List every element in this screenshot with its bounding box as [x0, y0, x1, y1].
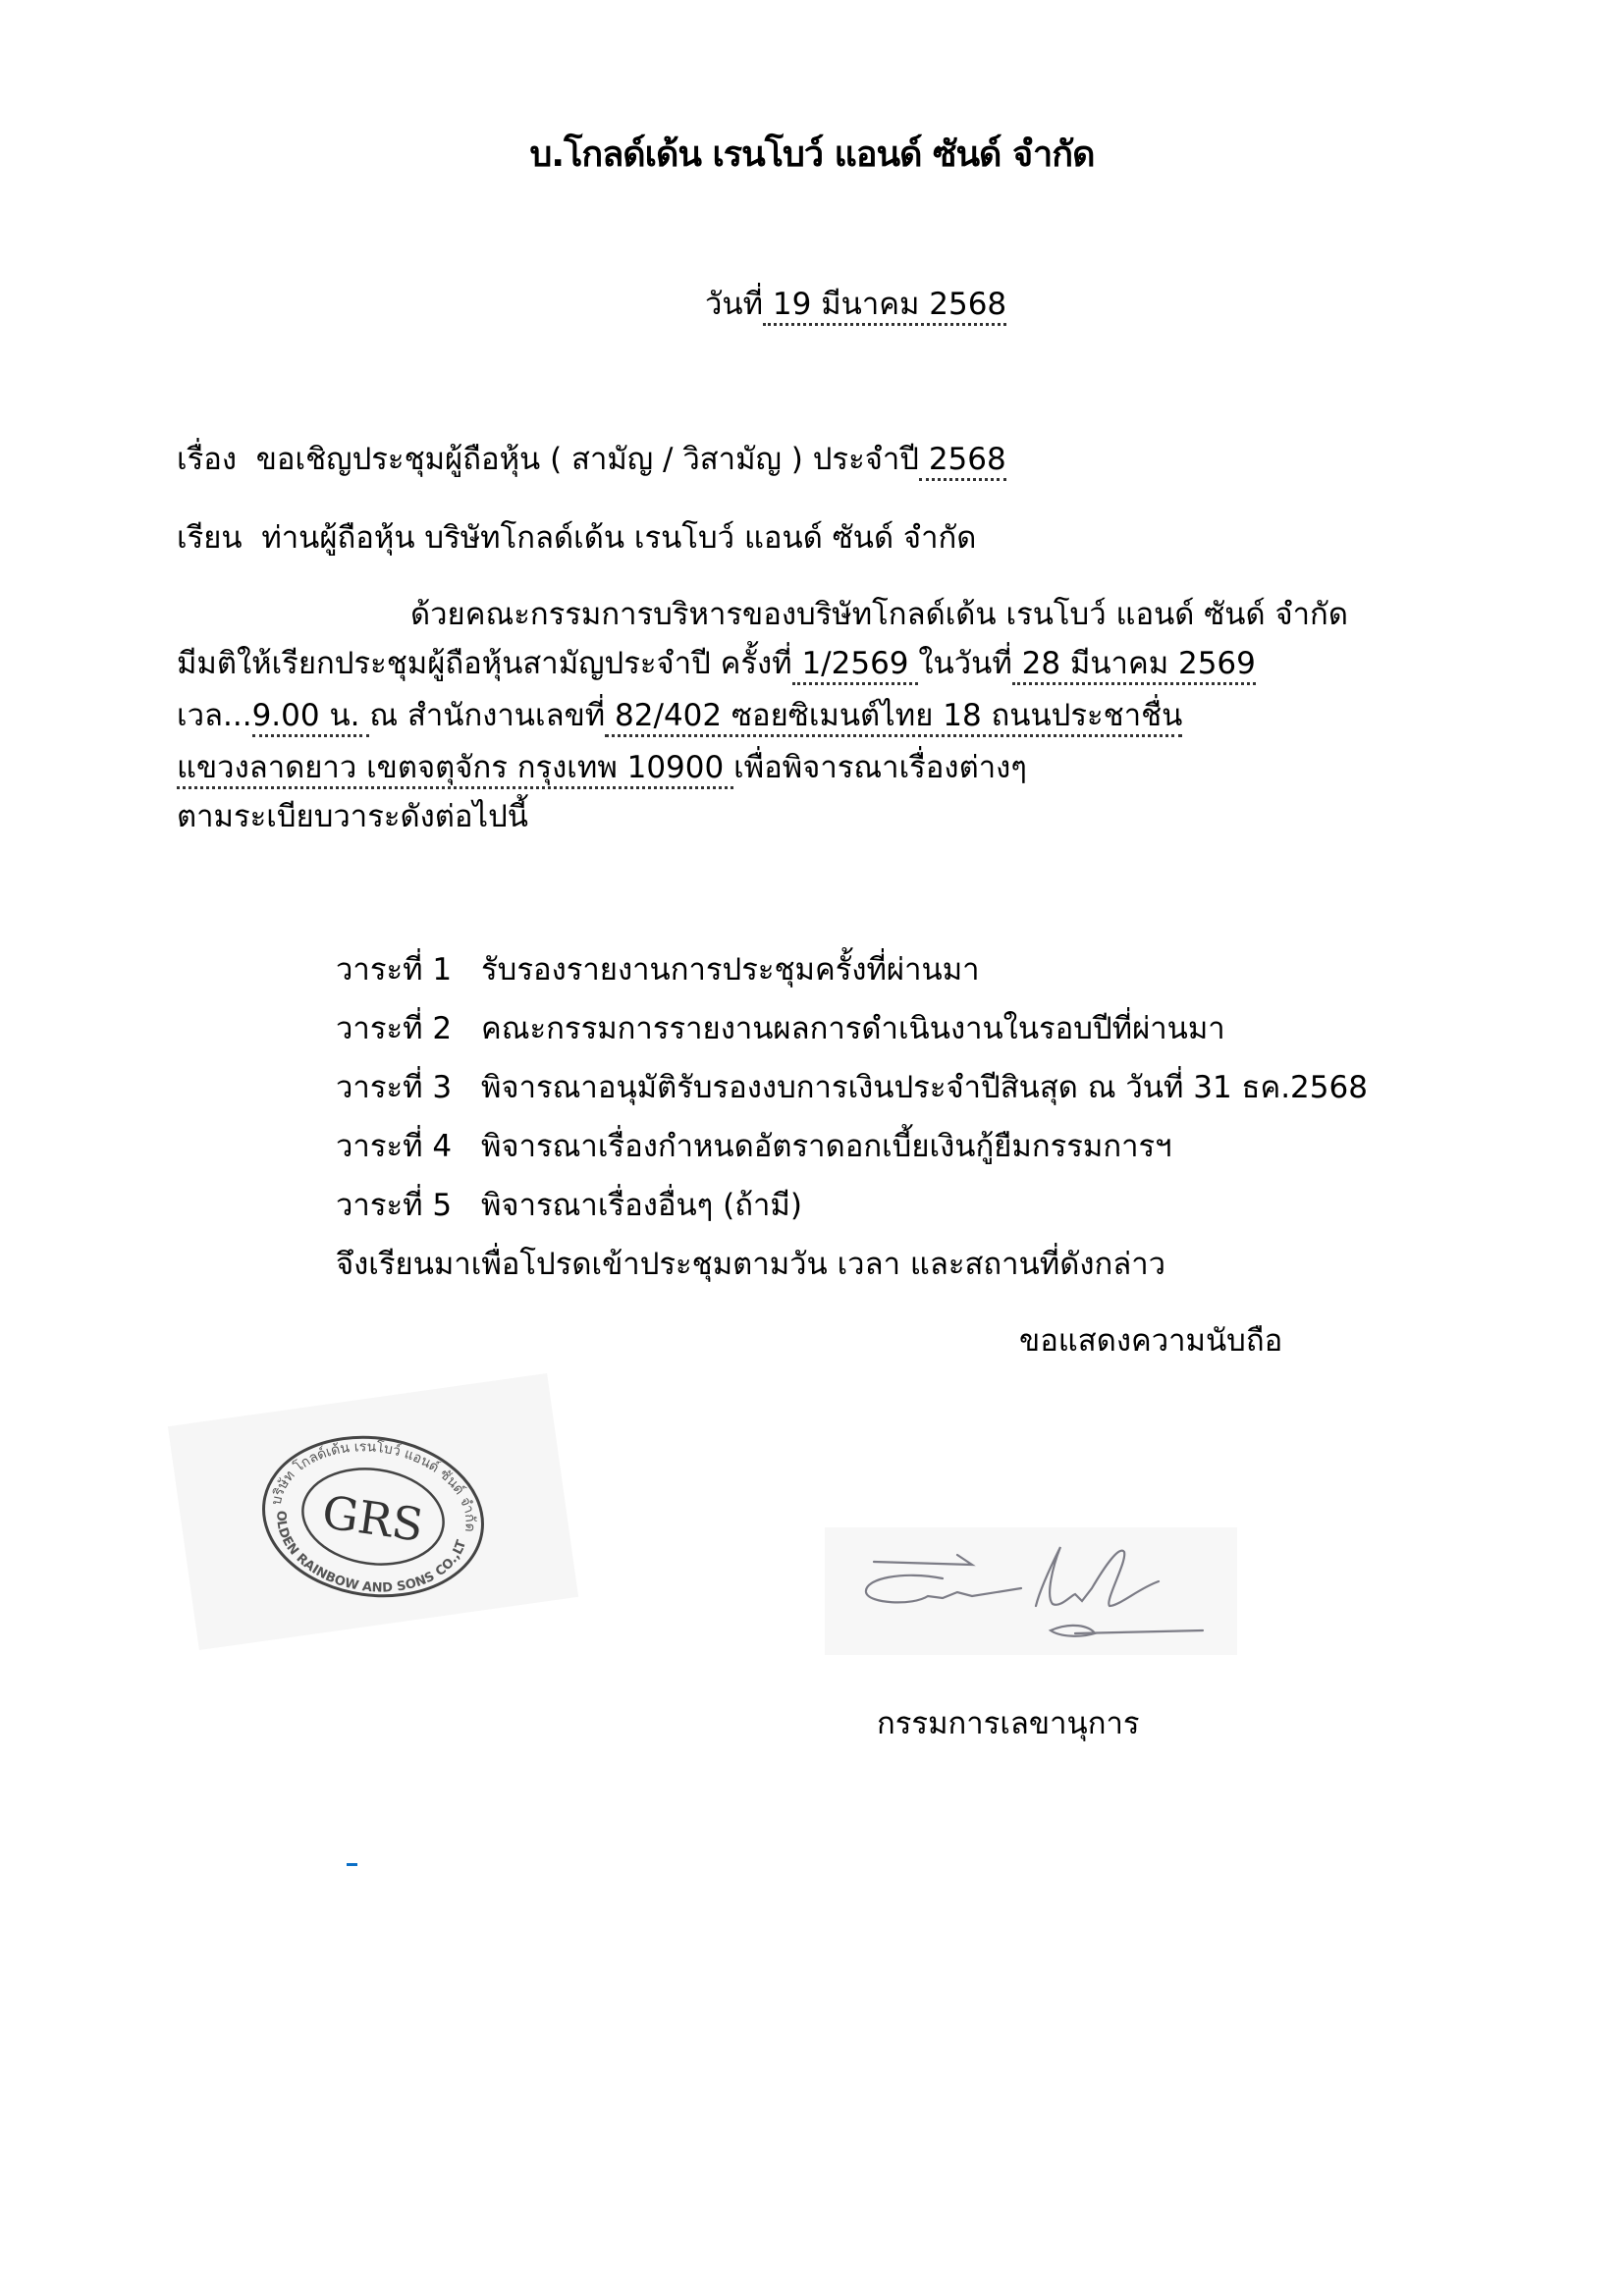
- body-line-3: เวล...9.00 น. ณ สำนักงานเลขที่ 82/402 ซอ…: [177, 696, 1182, 735]
- meeting-time: 9.00 น.: [252, 698, 370, 737]
- subject-text: ขอเชิญประชุมผู้ถือหุ้น ( สามัญ / วิสามัญ…: [256, 442, 919, 477]
- date-value: 19 มีนาคม 2568: [763, 287, 1006, 326]
- date-label: วันที่: [705, 287, 763, 322]
- recipient-label: เรียน: [177, 520, 243, 556]
- body-line-1: ด้วยคณะกรรมการบริหารของบริษัทโกลด์เด้น เ…: [410, 595, 1348, 634]
- signer-title: กรรมการเลขานุการ: [877, 1704, 1140, 1743]
- company-title: บ.โกลด์เด้น เรนโบว์ แอนด์ ซันด์ จำกัด: [0, 126, 1624, 182]
- body-text: ในวันที่: [918, 646, 1011, 681]
- date-line: วันที่ 19 มีนาคม 2568: [705, 285, 1006, 324]
- meeting-number: 1/2569: [792, 646, 919, 685]
- agenda-text: รับรองรายงานการประชุมครั้งที่ผ่านมา: [481, 952, 980, 988]
- agenda-text: พิจารณาเรื่องอื่นๆ (ถ้ามี): [481, 1188, 802, 1223]
- agenda-item: วาระที่ 4พิจารณาเรื่องกำหนดอัตราดอกเบี้ย…: [336, 1127, 1172, 1166]
- closing-regards: ขอแสดงความนับถือ: [1019, 1321, 1282, 1361]
- signature-scribble-icon: [825, 1527, 1237, 1655]
- stray-mark: [347, 1863, 357, 1866]
- agenda-item: วาระที่ 2คณะกรรมการรายงานผลการดำเนินงานใ…: [336, 1009, 1225, 1048]
- body-line-5: ตามระเบียบวาระดังต่อไปนี้: [177, 797, 528, 836]
- signature: [825, 1527, 1237, 1655]
- subject-year: 2568: [919, 442, 1006, 481]
- svg-text:GRS: GRS: [319, 1485, 426, 1552]
- agenda-item: วาระที่ 5พิจารณาเรื่องอื่นๆ (ถ้ามี): [336, 1186, 802, 1225]
- company-stamp: บริษัท โกลด์เด้น เรนโบว์ แอนด์ ซันด์ จำก…: [191, 1418, 555, 1615]
- agenda-number: วาระที่ 1: [336, 950, 481, 989]
- address-line-1: 82/402 ซอยซิเมนต์ไทย 18 ถนนประชาชื่น: [605, 698, 1182, 737]
- body-text: เวล...: [177, 698, 252, 733]
- agenda-number: วาระที่ 2: [336, 1009, 481, 1048]
- agenda-number: วาระที่ 5: [336, 1186, 481, 1225]
- agenda-text: พิจารณาเรื่องกำหนดอัตราดอกเบี้ยเงินกู้ยื…: [481, 1129, 1172, 1164]
- agenda-item: วาระที่ 1รับรองรายงานการประชุมครั้งที่ผ่…: [336, 950, 980, 989]
- address-line-2: แขวงลาดยาว เขตจตุจักร กรุงเทพ 10900: [177, 750, 733, 789]
- stamp-seal-icon: บริษัท โกลด์เด้น เรนโบว์ แอนด์ ซันด์ จำก…: [191, 1418, 555, 1615]
- closing-invitation: จึงเรียนมาเพื่อโปรดเข้าประชุมตามวัน เวลา…: [336, 1245, 1165, 1284]
- agenda-text: พิจารณาอนุมัติรับรองงบการเงินประจำปีสินส…: [481, 1070, 1368, 1105]
- meeting-date: 28 มีนาคม 2569: [1012, 646, 1256, 685]
- subject-line: เรื่อง ขอเชิญประชุมผู้ถือหุ้น ( สามัญ / …: [177, 440, 1006, 479]
- recipient-text: ท่านผู้ถือหุ้น บริษัทโกลด์เด้น เรนโบว์ แ…: [261, 520, 976, 556]
- body-text: มีมติให้เรียกประชุมผู้ถือหุ้นสามัญประจำป…: [177, 646, 792, 681]
- agenda-number: วาระที่ 3: [336, 1068, 481, 1107]
- recipient-line: เรียน ท่านผู้ถือหุ้น บริษัทโกลด์เด้น เรน…: [177, 518, 976, 558]
- subject-label: เรื่อง: [177, 442, 237, 477]
- body-text: เพื่อพิจารณาเรื่องต่างๆ: [733, 750, 1027, 785]
- body-text: ณ สำนักงานเลขที่: [369, 698, 605, 733]
- agenda-text: คณะกรรมการรายงานผลการดำเนินงานในรอบปีที่…: [481, 1011, 1225, 1046]
- agenda-item: วาระที่ 3พิจารณาอนุมัติรับรองงบการเงินปร…: [336, 1068, 1368, 1107]
- agenda-number: วาระที่ 4: [336, 1127, 481, 1166]
- body-line-4: แขวงลาดยาว เขตจตุจักร กรุงเทพ 10900 เพื่…: [177, 748, 1027, 787]
- body-line-2: มีมติให้เรียกประชุมผู้ถือหุ้นสามัญประจำป…: [177, 644, 1256, 683]
